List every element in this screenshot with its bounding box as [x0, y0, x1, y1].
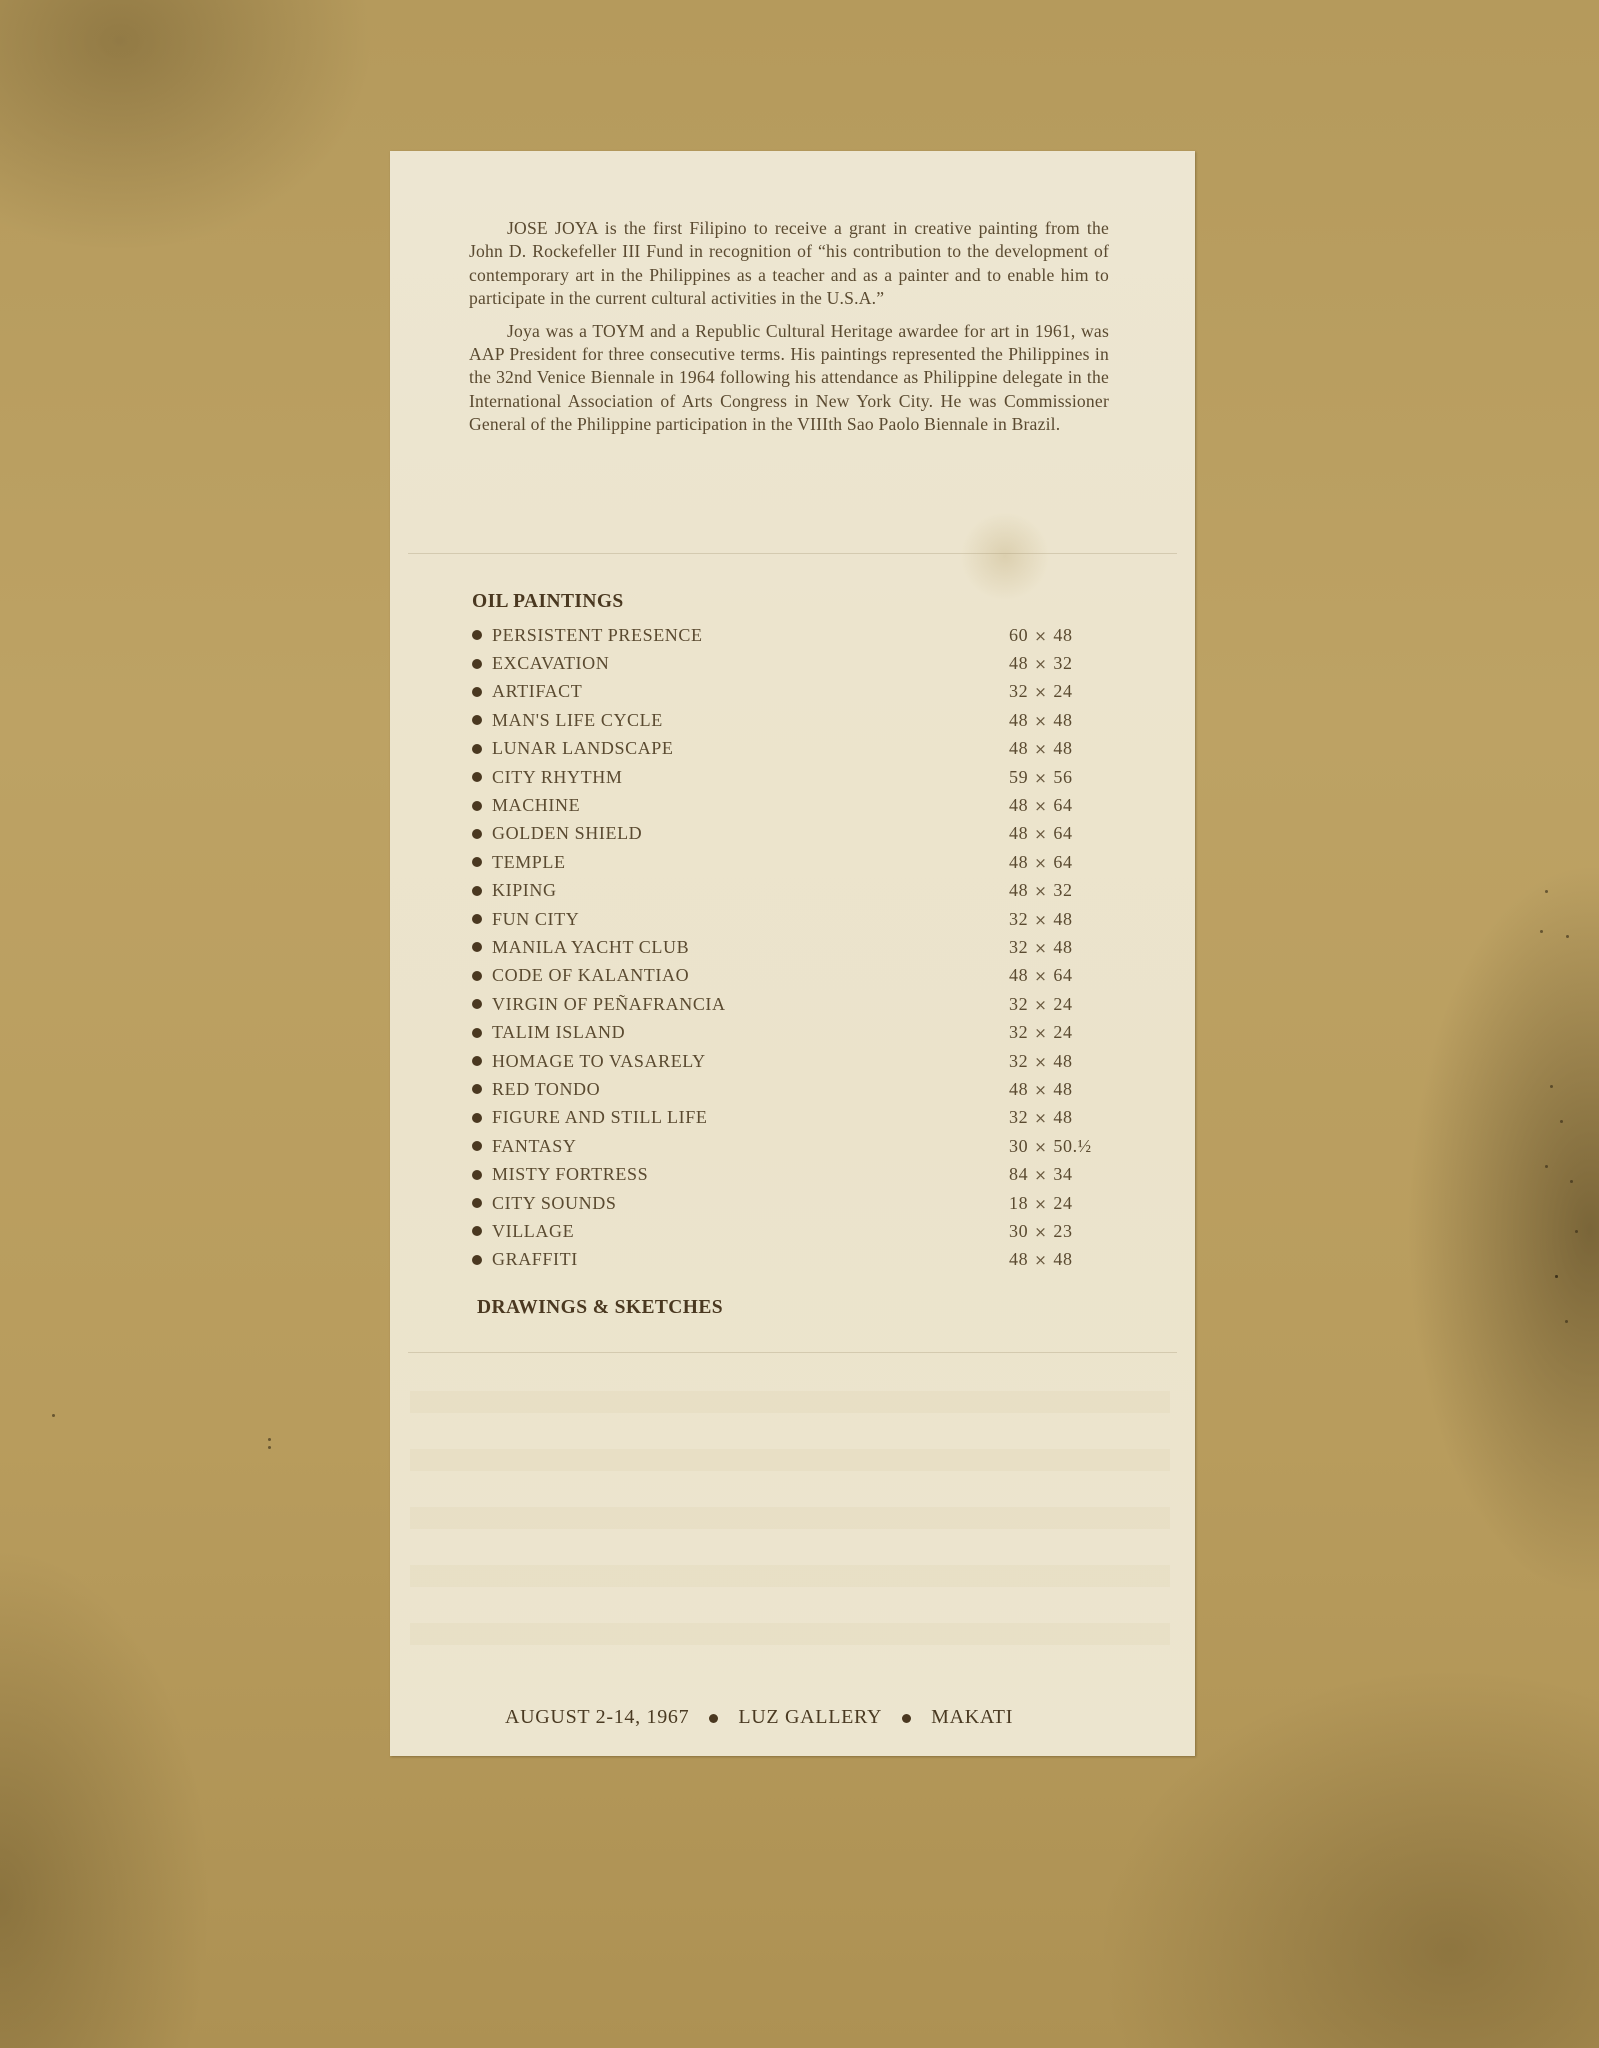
board-speck: [1545, 890, 1548, 893]
bullet-dot-icon: [902, 1714, 911, 1723]
painting-dimensions: 48×48: [1009, 1079, 1073, 1100]
painting-dimensions: 48×64: [1009, 795, 1073, 816]
dimension-width: 60: [1009, 625, 1028, 645]
dimension-height: 64: [1053, 795, 1072, 815]
times-icon: ×: [1034, 1138, 1047, 1156]
painting-row: KIPING48×32: [472, 877, 1122, 905]
dimension-height: 48: [1053, 909, 1072, 929]
artist-biography: JOSE JOYA is the first Filipino to recei…: [469, 217, 1109, 446]
city-name: MAKATI: [931, 1706, 1013, 1728]
bullet-dot-icon: [472, 1141, 482, 1151]
painting-dimensions: 30×50.½: [1009, 1136, 1092, 1157]
painting-row: TEMPLE48×64: [472, 848, 1122, 876]
bullet-dot-icon: [472, 1028, 482, 1038]
board-speck: [268, 1438, 271, 1441]
times-icon: ×: [1034, 797, 1047, 815]
bullet-dot-icon: [472, 1198, 482, 1208]
painting-dimensions: 59×56: [1009, 767, 1073, 788]
dimension-height: 56: [1053, 767, 1072, 787]
bullet-dot-icon: [472, 772, 482, 782]
painting-row: FANTASY30×50.½: [472, 1132, 1122, 1160]
times-icon: ×: [1034, 1166, 1047, 1184]
painting-dimensions: 32×24: [1009, 1022, 1073, 1043]
painting-row: GRAFFITI48×48: [472, 1246, 1122, 1274]
painting-dimensions: 48×64: [1009, 852, 1073, 873]
times-icon: ×: [1034, 769, 1047, 787]
dimension-width: 18: [1009, 1193, 1028, 1213]
board-speck: [52, 1414, 55, 1417]
painting-row: HOMAGE TO VASARELY32×48: [472, 1047, 1122, 1075]
bullet-dot-icon: [472, 999, 482, 1009]
painting-dimensions: 18×24: [1009, 1193, 1073, 1214]
oil-paintings-list: PERSISTENT PRESENCE60×48EXCAVATION48×32A…: [472, 621, 1122, 1274]
painting-dimensions: 48×48: [1009, 738, 1073, 759]
dimension-height: 48: [1053, 1107, 1072, 1127]
dimension-width: 48: [1009, 1249, 1028, 1269]
times-icon: ×: [1034, 683, 1047, 701]
paper-stain: [960, 511, 1050, 601]
bullet-dot-icon: [472, 801, 482, 811]
painting-dimensions: 32×48: [1009, 1051, 1073, 1072]
times-icon: ×: [1034, 1081, 1047, 1099]
bullet-dot-icon: [472, 829, 482, 839]
bullet-dot-icon: [472, 1226, 482, 1236]
dimension-height: 32: [1053, 653, 1072, 673]
painting-row: FUN CITY32×48: [472, 905, 1122, 933]
dimension-height: 48: [1053, 1079, 1072, 1099]
dimension-height: 48: [1053, 1249, 1072, 1269]
dimension-width: 32: [1009, 1107, 1028, 1127]
painting-row: MANILA YACHT CLUB32×48: [472, 933, 1122, 961]
painting-row: FIGURE AND STILL LIFE32×48: [472, 1104, 1122, 1132]
oil-paintings-heading: OIL PAINTINGS: [472, 591, 624, 613]
times-icon: ×: [1034, 996, 1047, 1014]
painting-row: CODE OF KALANTIAO48×64: [472, 962, 1122, 990]
painting-row: RED TONDO48×48: [472, 1075, 1122, 1103]
biography-paragraph: Joya was a TOYM and a Republic Cultural …: [469, 320, 1109, 437]
bullet-dot-icon: [472, 914, 482, 924]
times-icon: ×: [1034, 1109, 1047, 1127]
dimension-width: 32: [1009, 1051, 1028, 1071]
drawings-heading: DRAWINGS & SKETCHES: [477, 1297, 723, 1319]
painting-row: EXCAVATION48×32: [472, 649, 1122, 677]
dimension-height: 34: [1053, 1164, 1072, 1184]
bullet-dot-icon: [472, 630, 482, 640]
bullet-dot-icon: [472, 942, 482, 952]
painting-row: MACHINE48×64: [472, 791, 1122, 819]
biography-paragraph: JOSE JOYA is the first Filipino to recei…: [469, 217, 1109, 311]
painting-row: GOLDEN SHIELD48×64: [472, 820, 1122, 848]
painting-row: LUNAR LANDSCAPE48×48: [472, 735, 1122, 763]
bullet-dot-icon: [472, 971, 482, 981]
painting-row: VIRGIN OF PEÑAFRANCIA32×24: [472, 990, 1122, 1018]
painting-row: TALIM ISLAND32×24: [472, 1018, 1122, 1046]
dimension-height: 24: [1053, 1193, 1072, 1213]
exhibition-footer: AUGUST 2-14, 1967LUZ GALLERYMAKATI: [505, 1706, 1013, 1729]
dimension-height: 23: [1053, 1221, 1072, 1241]
board-speck: [1545, 1165, 1548, 1168]
board-speck: [1565, 1320, 1568, 1323]
painting-dimensions: 48×48: [1009, 1249, 1073, 1270]
dimension-width: 48: [1009, 823, 1028, 843]
times-icon: ×: [1034, 854, 1047, 872]
painting-dimensions: 32×24: [1009, 994, 1073, 1015]
bullet-dot-icon: [472, 1113, 482, 1123]
painting-dimensions: 32×24: [1009, 681, 1073, 702]
exhibition-date: AUGUST 2-14, 1967: [505, 1706, 689, 1728]
times-icon: ×: [1034, 882, 1047, 900]
dimension-height: 24: [1053, 994, 1072, 1014]
dimension-height: 48: [1053, 738, 1072, 758]
dimension-width: 84: [1009, 1164, 1028, 1184]
times-icon: ×: [1034, 1195, 1047, 1213]
painting-row: CITY RHYTHM59×56: [472, 763, 1122, 791]
fold-line: [408, 1352, 1177, 1353]
exhibition-leaflet: JOSE JOYA is the first Filipino to recei…: [390, 151, 1195, 1756]
bullet-dot-icon: [472, 886, 482, 896]
dimension-height: 48: [1053, 710, 1072, 730]
dimension-width: 48: [1009, 1079, 1028, 1099]
painting-dimensions: 48×32: [1009, 880, 1073, 901]
show-through-text: [410, 1391, 1170, 1671]
painting-dimensions: 32×48: [1009, 909, 1073, 930]
painting-dimensions: 48×64: [1009, 823, 1073, 844]
bullet-dot-icon: [472, 857, 482, 867]
board-speck: [1575, 1230, 1578, 1233]
dimension-height: 24: [1053, 1022, 1072, 1042]
dimension-height: 24: [1053, 681, 1072, 701]
dimension-width: 48: [1009, 653, 1028, 673]
dimension-width: 32: [1009, 994, 1028, 1014]
bullet-dot-icon: [472, 1170, 482, 1180]
times-icon: ×: [1034, 911, 1047, 929]
dimension-width: 59: [1009, 767, 1028, 787]
bullet-dot-icon: [472, 659, 482, 669]
times-icon: ×: [1034, 967, 1047, 985]
board-speck: [1555, 1275, 1558, 1278]
dimension-width: 32: [1009, 1022, 1028, 1042]
painting-row: MAN'S LIFE CYCLE48×48: [472, 706, 1122, 734]
board-speck: [268, 1446, 271, 1449]
dimension-height: 48: [1053, 625, 1072, 645]
board-speck: [1550, 1085, 1553, 1088]
painting-row: MISTY FORTRESS84×34: [472, 1160, 1122, 1188]
painting-dimensions: 48×64: [1009, 965, 1073, 986]
times-icon: ×: [1034, 825, 1047, 843]
dimension-height: 32: [1053, 880, 1072, 900]
dimension-width: 48: [1009, 965, 1028, 985]
dimension-width: 48: [1009, 880, 1028, 900]
times-icon: ×: [1034, 939, 1047, 957]
dimension-height: 50.½: [1053, 1136, 1091, 1156]
painting-row: VILLAGE30×23: [472, 1217, 1122, 1245]
times-icon: ×: [1034, 712, 1047, 730]
times-icon: ×: [1034, 655, 1047, 673]
painting-row: PERSISTENT PRESENCE60×48: [472, 621, 1122, 649]
dimension-width: 32: [1009, 937, 1028, 957]
board-speck: [1540, 930, 1543, 933]
painting-dimensions: 32×48: [1009, 937, 1073, 958]
dimension-height: 48: [1053, 1051, 1072, 1071]
board-speck: [1570, 1180, 1573, 1183]
times-icon: ×: [1034, 1251, 1047, 1269]
dimension-width: 48: [1009, 710, 1028, 730]
painting-dimensions: 48×48: [1009, 710, 1073, 731]
dimension-height: 64: [1053, 823, 1072, 843]
dimension-width: 48: [1009, 795, 1028, 815]
painting-dimensions: 84×34: [1009, 1164, 1073, 1185]
dimension-width: 48: [1009, 852, 1028, 872]
gallery-name: LUZ GALLERY: [738, 1706, 882, 1728]
times-icon: ×: [1034, 740, 1047, 758]
bullet-dot-icon: [472, 1255, 482, 1265]
painting-dimensions: 48×32: [1009, 653, 1073, 674]
bullet-dot-icon: [709, 1714, 718, 1723]
dimension-height: 64: [1053, 852, 1072, 872]
bullet-dot-icon: [472, 1084, 482, 1094]
dimension-height: 48: [1053, 937, 1072, 957]
times-icon: ×: [1034, 1223, 1047, 1241]
painting-row: ARTIFACT32×24: [472, 678, 1122, 706]
painting-dimensions: 60×48: [1009, 625, 1073, 646]
painting-dimensions: 32×48: [1009, 1107, 1073, 1128]
painting-dimensions: 30×23: [1009, 1221, 1073, 1242]
dimension-width: 32: [1009, 909, 1028, 929]
times-icon: ×: [1034, 1024, 1047, 1042]
bullet-dot-icon: [472, 744, 482, 754]
dimension-height: 64: [1053, 965, 1072, 985]
board-speck: [1566, 935, 1569, 938]
dimension-width: 48: [1009, 738, 1028, 758]
times-icon: ×: [1034, 627, 1047, 645]
times-icon: ×: [1034, 1053, 1047, 1071]
bullet-dot-icon: [472, 687, 482, 697]
dimension-width: 30: [1009, 1136, 1028, 1156]
dimension-width: 32: [1009, 681, 1028, 701]
board-speck: [1560, 1120, 1563, 1123]
fold-line: [408, 553, 1177, 554]
dimension-width: 30: [1009, 1221, 1028, 1241]
bullet-dot-icon: [472, 715, 482, 725]
painting-row: CITY SOUNDS18×24: [472, 1189, 1122, 1217]
bullet-dot-icon: [472, 1056, 482, 1066]
